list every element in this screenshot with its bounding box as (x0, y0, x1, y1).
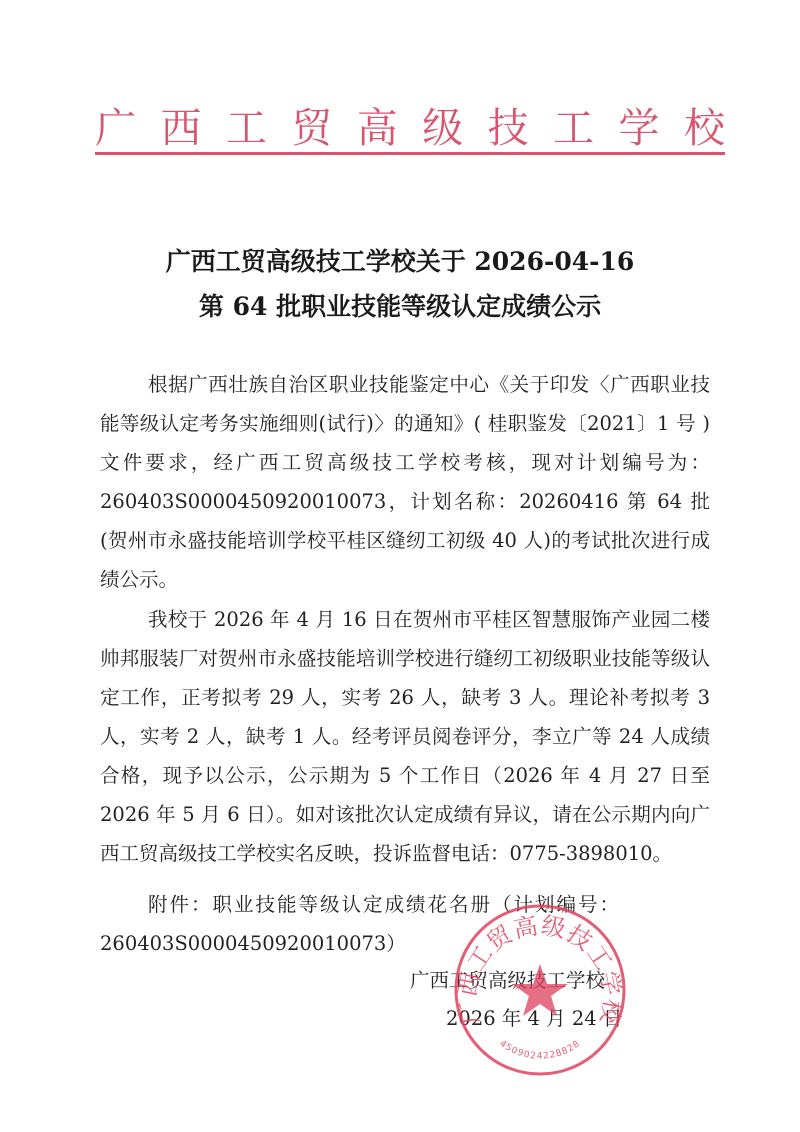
letterhead-char: 级 (422, 95, 463, 154)
letterhead-char: 学 (619, 95, 660, 154)
seal-code: 4509024228828 (498, 1039, 583, 1062)
letterhead-divider (95, 152, 725, 155)
attachment-note: 附件：职业技能等级认定成绩花名册（计划编号： 260403S0000450920… (100, 885, 710, 963)
letterhead-char: 高 (357, 95, 398, 154)
letterhead-char: 工 (553, 95, 594, 154)
body-paragraph-2: 我校于 2026 年 4 月 16 日在贺州市平桂区智慧服饰产业园二楼帅邦服装厂… (100, 600, 710, 873)
letterhead-char: 工 (226, 95, 267, 154)
signature-date: 2026 年 4 月 24 日 (446, 1003, 622, 1031)
svg-text:4509024228828: 4509024228828 (498, 1039, 583, 1062)
signature-organization: 广西工贸高级技工学校 (410, 965, 605, 993)
letterhead-char: 校 (684, 95, 725, 154)
document-title-line1: 广西工贸高级技工学校关于 2026-04-16 (0, 242, 800, 278)
letterhead-char: 技 (488, 95, 529, 154)
body-paragraph-1: 根据广西壮族自治区职业技能鉴定中心《关于印发〈广西职业技能等级认定考务实施细则(… (100, 365, 710, 599)
attachment-plan-code: 260403S0000450920010073） (100, 924, 710, 963)
letterhead-char: 西 (160, 95, 201, 154)
letterhead-char: 贸 (291, 95, 332, 154)
attachment-label: 附件：职业技能等级认定成绩花名册（计划编号： (100, 885, 710, 924)
document-title-line2: 第 64 批职业技能等级认定成绩公示 (0, 287, 800, 323)
letterhead-char: 广 (95, 95, 136, 154)
letterhead-school-name: 广 西 工 贸 高 级 技 工 学 校 (95, 96, 725, 152)
